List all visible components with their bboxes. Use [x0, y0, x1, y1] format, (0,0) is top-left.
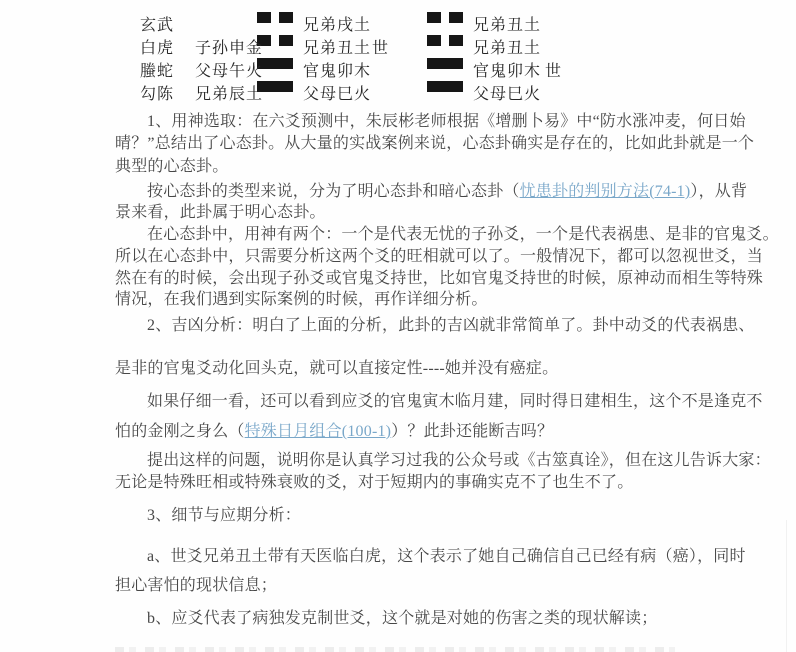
text-line: 情况，在我们遇到实际案例的时候，再作详细分析。 [115, 290, 488, 310]
text-segment: a、世爻兄弟丑土带有天医临白虎，这个表示了她自己确信自己已经有病（癌），同时 [147, 548, 746, 565]
text-line: 是非的官鬼爻动化回头克，就可以直接定性----她并没有癌症。 [115, 359, 558, 379]
text-line: b、应爻代表了病独发克制世爻，这个就是对她的伤害之类的现状解读； [147, 609, 657, 629]
cutoff-text-line [115, 647, 675, 652]
text-segment: b、应爻代表了病独发克制世爻，这个就是对她的伤害之类的现状解读； [147, 610, 657, 627]
text-line: 担心害怕的现状信息； [115, 576, 277, 596]
text-segment: 如果仔细一看，还可以看到应爻的官鬼寅木临月建，同时得日建相生，这个不是逢克不 [147, 393, 763, 410]
text-segment: ），从背 [690, 183, 747, 200]
text-segment: 提出这样的问题，说明你是认真学习过我的公众号或《古筮真诠》，但在这儿告诉大家： [147, 452, 771, 469]
text-line: 提出这样的问题，说明你是认真学习过我的公众号或《古筮真诠》，但在这儿告诉大家： [147, 451, 771, 471]
link-special-sun-moon-combo[interactable]: 特殊日月组合(100-1) [245, 423, 392, 440]
text-segment: 在心态卦中，用神有两个：一个是代表无忧的子孙爻，一个是代表祸患、是非的官鬼爻。 [147, 226, 779, 243]
text-line: 怕的金刚之身么（特殊日月组合(100-1)）？此卦还能断吉吗？ [115, 422, 553, 442]
text-segment: 3、细节与应期分析： [147, 507, 301, 524]
text-segment: 然在有的时候，会出现子孙爻或官鬼爻持世，比如官鬼爻持世的时候，原神动而相生等特殊 [115, 270, 763, 287]
text-line: 无论是特殊旺相或特殊衰败的爻，对于短期内的事确实克不了也生不了。 [115, 473, 633, 493]
text-segment: 所以在心态卦中，只需要分析这两个爻的旺相就可以了。一般情况下，都可以忽视世爻，当 [115, 248, 763, 265]
text-line: 按心态卦的类型来说，分为了明心态卦和暗心态卦（忧患卦的判别方法(74-1)），从… [147, 182, 747, 202]
text-segment: 景来看，此卦属于明心态卦。 [115, 204, 326, 221]
text-segment: 是非的官鬼爻动化回头克，就可以直接定性----她并没有癌症。 [115, 360, 558, 377]
text-segment: 2、吉凶分析：明白了上面的分析，此卦的吉凶就非常简单了。卦中动爻的代表祸患、 [147, 317, 755, 334]
text-layer: 1、用神选取：在六爻预测中，朱辰彬老师根据《增删卜易》中“防水涨冲麦，何日始晴？… [0, 0, 796, 652]
text-segment: 无论是特殊旺相或特殊衰败的爻，对于短期内的事确实克不了也生不了。 [115, 474, 633, 491]
text-segment: 担心害怕的现状信息； [115, 577, 277, 594]
text-line: 2、吉凶分析：明白了上面的分析，此卦的吉凶就非常简单了。卦中动爻的代表祸患、 [147, 316, 755, 336]
text-line: 如果仔细一看，还可以看到应爻的官鬼寅木临月建，同时得日建相生，这个不是逢克不 [147, 392, 763, 412]
text-line: 在心态卦中，用神有两个：一个是代表无忧的子孙爻，一个是代表祸患、是非的官鬼爻。 [147, 225, 779, 245]
page-edge-artifact [786, 520, 787, 652]
text-line: 景来看，此卦属于明心态卦。 [115, 203, 326, 223]
link-youhuan-gua-method[interactable]: 忧患卦的判别方法(74-1) [520, 183, 691, 200]
text-line: 所以在心态卦中，只需要分析这两个爻的旺相就可以了。一般情况下，都可以忽视世爻，当 [115, 247, 763, 267]
text-segment: 情况，在我们遇到实际案例的时候，再作详细分析。 [115, 291, 488, 308]
text-line: 然在有的时候，会出现子孙爻或官鬼爻持世，比如官鬼爻持世的时候，原神动而相生等特殊 [115, 269, 763, 289]
text-segment: 怕的金刚之身么（ [115, 423, 245, 440]
text-segment: 按心态卦的类型来说，分为了明心态卦和暗心态卦（ [147, 183, 520, 200]
document-page: 玄武兄弟戌土兄弟丑土白虎子孙申金兄弟丑土世兄弟丑土螣蛇父母午火官鬼卯木官鬼卯木世… [0, 0, 796, 652]
text-line: 1、用神选取：在六爻预测中，朱辰彬老师根据《增删卜易》中“防水涨冲麦，何日始 [147, 112, 746, 132]
text-segment: 典型的心态卦。 [115, 158, 228, 175]
text-line: a、世爻兄弟丑土带有天医临白虎，这个表示了她自己确信自己已经有病（癌），同时 [147, 547, 746, 567]
text-segment: 晴？”总结出了心态卦。从大量的实战案例来说，心态卦确实是存在的，比如此卦就是一个 [115, 135, 754, 152]
text-line: 3、细节与应期分析： [147, 506, 301, 526]
text-line: 典型的心态卦。 [115, 157, 228, 177]
text-segment: 1、用神选取：在六爻预测中，朱辰彬老师根据《增删卜易》中“防水涨冲麦，何日始 [147, 113, 746, 130]
text-line: 晴？”总结出了心态卦。从大量的实战案例来说，心态卦确实是存在的，比如此卦就是一个 [115, 134, 754, 154]
text-segment: ）？此卦还能断吉吗？ [391, 423, 553, 440]
